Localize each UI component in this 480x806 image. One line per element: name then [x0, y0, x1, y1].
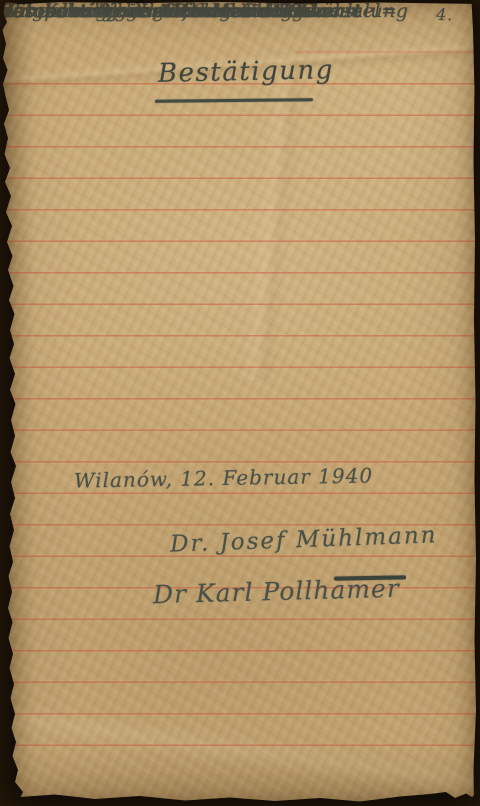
document-scan: 4. Bestätigung Wir bestätigen, dass wir … — [0, 0, 480, 806]
scan-vignette — [0, 0, 480, 806]
